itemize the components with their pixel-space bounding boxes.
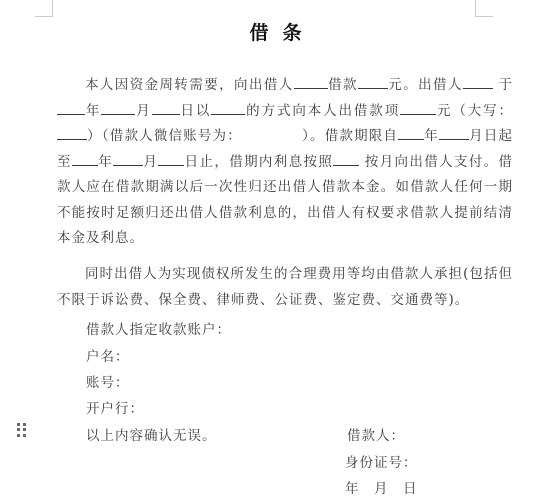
id-number-label: 身份证号： <box>345 451 418 471</box>
document-title: 借条 <box>0 18 551 45</box>
confirmation-text: 以上内容确认无误。 <box>86 424 217 444</box>
day-blank[interactable] <box>152 100 180 115</box>
page-corner-mark-top-right <box>475 0 493 17</box>
account-heading: 借款人指定收款账户： <box>86 318 231 338</box>
year-blank[interactable] <box>57 100 85 115</box>
method-blank[interactable] <box>211 100 245 115</box>
end-year-blank[interactable] <box>72 151 98 166</box>
loan-terms-paragraph: 本人因资金周转需要，向出借人借款元。出借人 于年月日以的方式向本人出借款项元（大… <box>57 73 513 252</box>
expenses-paragraph: 同时出借人为实现债权所发生的合理费用等均由借款人承担(包括但不限于诉讼费、保全费… <box>57 262 513 313</box>
amount-in-words-blank[interactable] <box>57 125 87 140</box>
start-year-blank[interactable] <box>398 125 424 140</box>
lender-blank[interactable] <box>463 74 493 89</box>
interest-rate-blank[interactable] <box>333 151 359 166</box>
end-month-blank[interactable] <box>113 151 143 166</box>
bank-label: 开户行： <box>86 397 144 417</box>
end-day-blank[interactable] <box>158 151 184 166</box>
borrower-label: 借款人： <box>347 424 405 444</box>
date-label: 年 月 日 <box>345 477 418 497</box>
drag-handle-icon[interactable] <box>17 423 27 437</box>
lender-name-blank[interactable] <box>294 74 328 89</box>
start-month-blank[interactable] <box>439 125 469 140</box>
month-blank[interactable] <box>101 100 135 115</box>
loan-amount-blank[interactable] <box>400 100 436 115</box>
page-corner-mark-top-left <box>35 0 53 17</box>
account-number-label: 账号： <box>86 371 130 391</box>
account-name-label: 户名： <box>86 345 130 365</box>
amount-blank[interactable] <box>358 74 388 89</box>
